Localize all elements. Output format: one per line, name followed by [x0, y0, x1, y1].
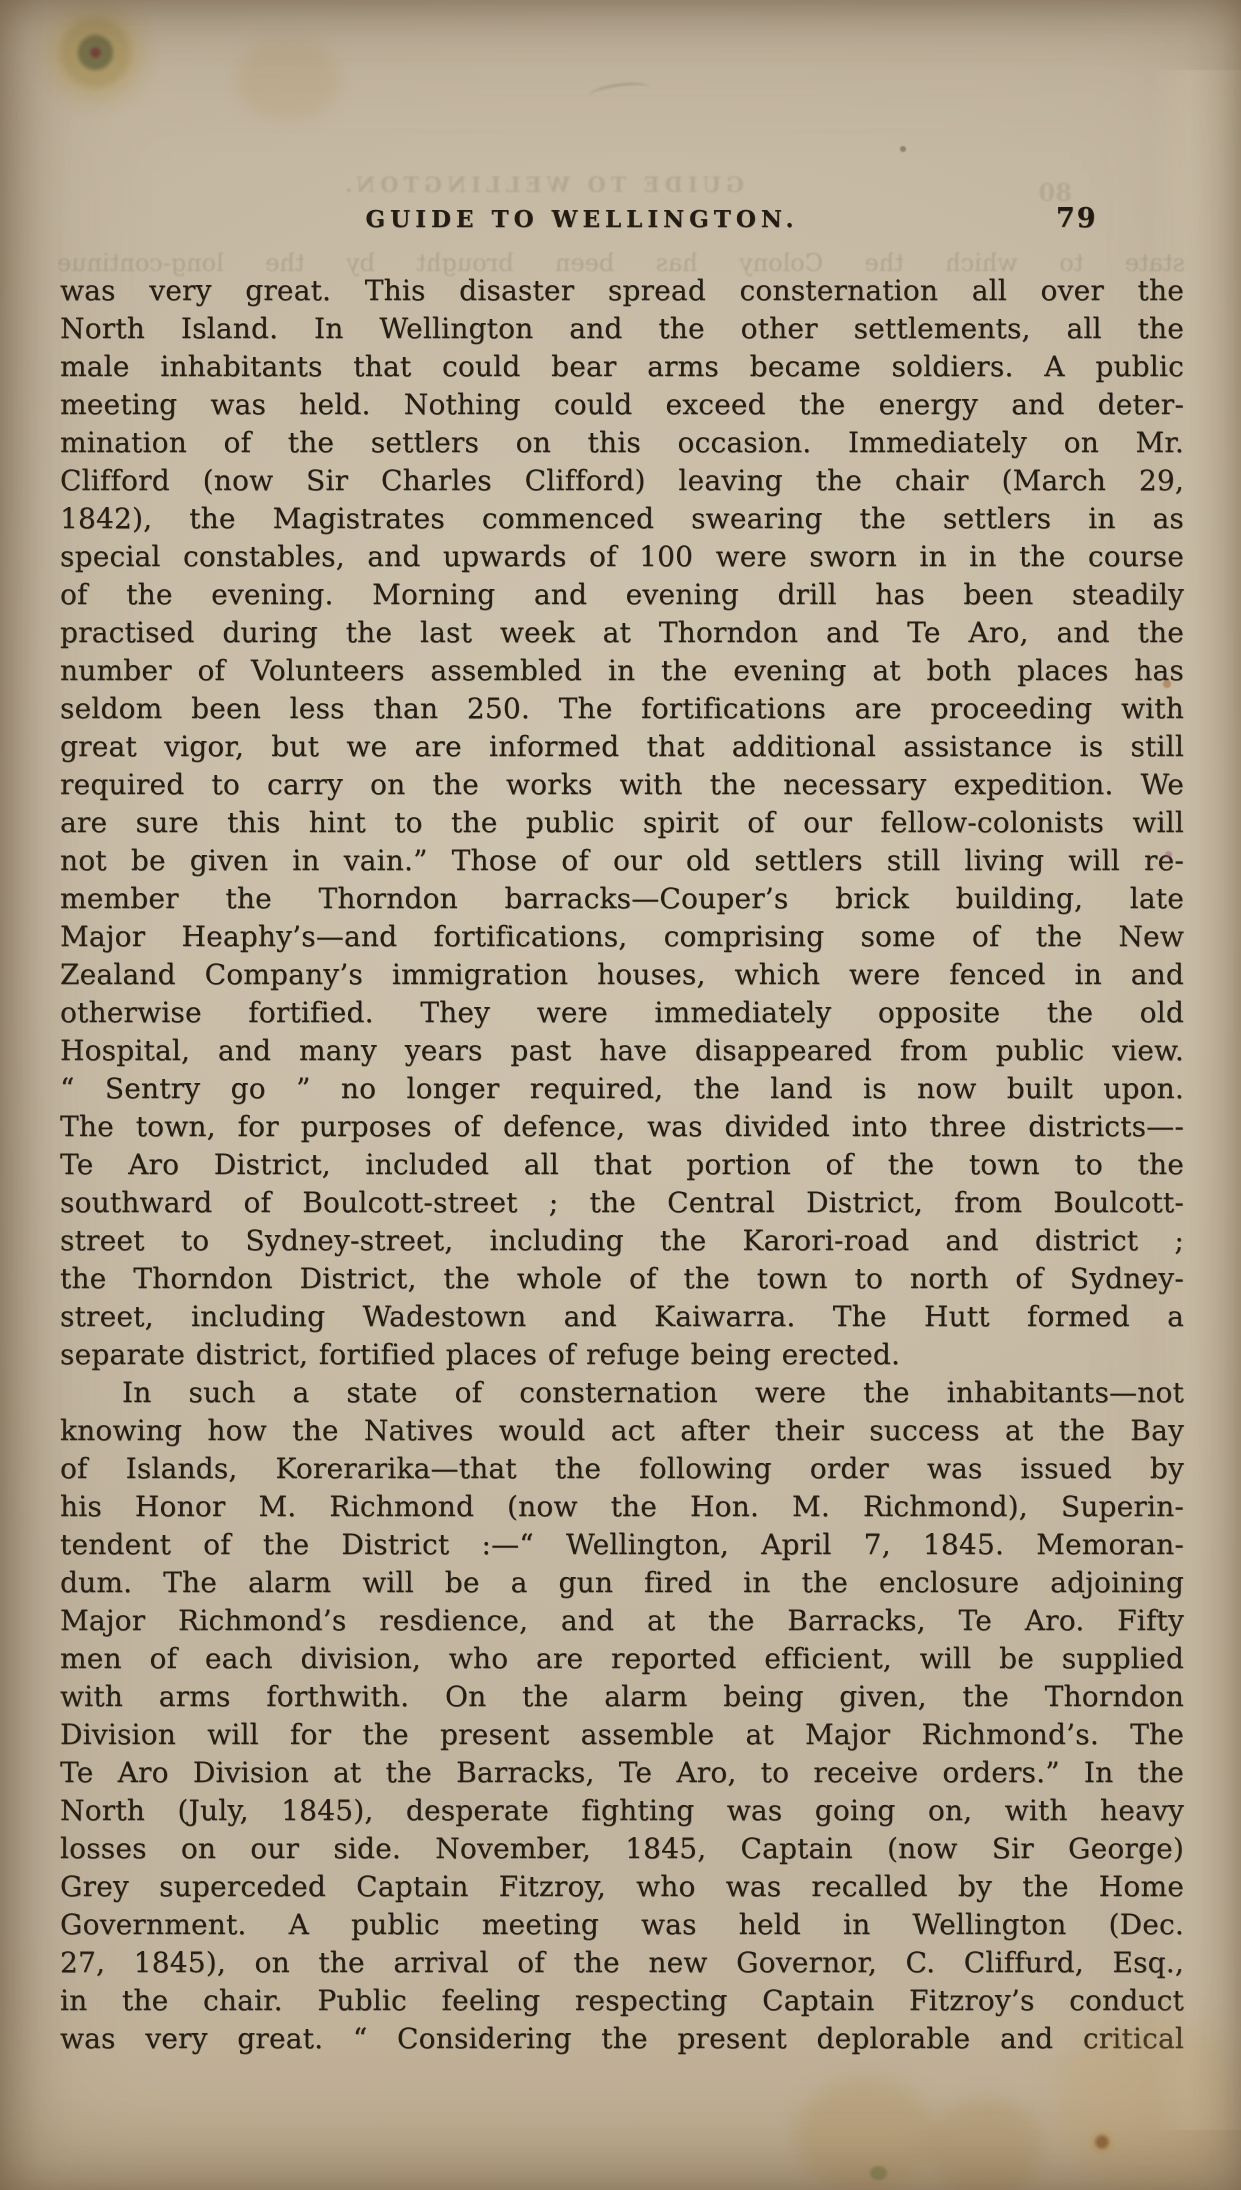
text-line: not be given in vain.” Those of our old …	[60, 842, 1184, 880]
text-line: seldom been less than 250. The fortifica…	[60, 690, 1184, 728]
text-line: “ Sentry go ” no longer required, the la…	[60, 1070, 1184, 1108]
text-line: practised during the last week at Thornd…	[60, 614, 1184, 652]
text-line: street to Sydney-street, including the K…	[60, 1222, 1184, 1260]
text-line: was very great. This disaster spread con…	[60, 272, 1184, 310]
text-line: losses on our side. November, 1845, Capt…	[60, 1830, 1184, 1868]
text-line: southward of Boulcott-street ; the Centr…	[60, 1184, 1184, 1222]
text-line: are sure this hint to the public spirit …	[60, 804, 1184, 842]
text-line: of Islands, Korerarika—that the followin…	[60, 1450, 1184, 1488]
book-page-scan: GUIDE TO WELLINGTON. 80 state to which t…	[0, 0, 1241, 2190]
text-line: otherwise fortified. They were immediate…	[60, 994, 1184, 1032]
text-line: Government. A public meeting was held in…	[60, 1906, 1184, 1944]
text-line: member the Thorndon barracks—Couper’s br…	[60, 880, 1184, 918]
text-line: street, including Wadestown and Kaiwarra…	[60, 1298, 1184, 1336]
text-line-paragraph-end: separate district, fortified places of r…	[60, 1336, 1184, 1374]
text-line: tendent of the District :—“ Wellington, …	[60, 1526, 1184, 1564]
text-line: was very great. “ Considering the presen…	[60, 2020, 1184, 2058]
text-line: 27, 1845), on the arrival of the new Gov…	[60, 1944, 1184, 1982]
text-line: the Thorndon District, the whole of the …	[60, 1260, 1184, 1298]
text-line: mination of the settlers on this occasio…	[60, 424, 1184, 462]
paper-smudge-top	[236, 40, 340, 120]
page-title: GUIDE TO WELLINGTON.	[62, 206, 1102, 233]
text-line: Major Heaphy’s—and fortifications, compr…	[60, 918, 1184, 956]
text-line: The town, for purposes of defence, was d…	[60, 1108, 1184, 1146]
text-line: Hospital, and many years past have disap…	[60, 1032, 1184, 1070]
body-text: was very great. This disaster spread con…	[60, 272, 1184, 2058]
text-line: dum. The alarm will be a gun fired in th…	[60, 1564, 1184, 1602]
faint-squiggle-mark	[587, 80, 651, 104]
text-line: meeting was held. Nothing could exceed t…	[60, 386, 1184, 424]
text-line: Te Aro Division at the Barracks, Te Aro,…	[60, 1754, 1184, 1792]
text-line: great vigor, but we are informed that ad…	[60, 728, 1184, 766]
text-line: 1842), the Magistrates commenced swearin…	[60, 500, 1184, 538]
text-line: Zealand Company’s immigration houses, wh…	[60, 956, 1184, 994]
bleedthrough-header-title: GUIDE TO WELLINGTON.	[62, 172, 1022, 197]
text-line: Division will for the present assemble a…	[60, 1716, 1184, 1754]
text-line-paragraph-start: In such a state of consternation were th…	[60, 1374, 1184, 1412]
text-line: number of Volunteers assembled in the ev…	[60, 652, 1184, 690]
text-line: North (July, 1845), desperate fighting w…	[60, 1792, 1184, 1830]
text-line: Clifford (now Sir Charles Clifford) leav…	[60, 462, 1184, 500]
text-line: in the chair. Public feeling respecting …	[60, 1982, 1184, 2020]
text-line: Grey superceded Captain Fitzroy, who was…	[60, 1868, 1184, 1906]
text-line: men of each division, who are reported e…	[60, 1640, 1184, 1678]
text-line: required to carry on the works with the …	[60, 766, 1184, 804]
text-line: Major Richmond’s resdience, and at the B…	[60, 1602, 1184, 1640]
text-line: Te Aro District, included all that porti…	[60, 1146, 1184, 1184]
text-line: male inhabitants that could bear arms be…	[60, 348, 1184, 386]
text-line: special constables, and upwards of 100 w…	[60, 538, 1184, 576]
text-line: knowing how the Natives would act after …	[60, 1412, 1184, 1450]
text-line: his Honor M. Richmond (now the Hon. M. R…	[60, 1488, 1184, 1526]
text-line: with arms forthwith. On the alarm being …	[60, 1678, 1184, 1716]
page-number: 79	[1056, 203, 1098, 234]
paper-speck	[900, 146, 906, 152]
text-line: North Island. In Wellington and the othe…	[60, 310, 1184, 348]
text-line: of the evening. Morning and evening dril…	[60, 576, 1184, 614]
ink-stain-top-left	[6, 0, 178, 142]
